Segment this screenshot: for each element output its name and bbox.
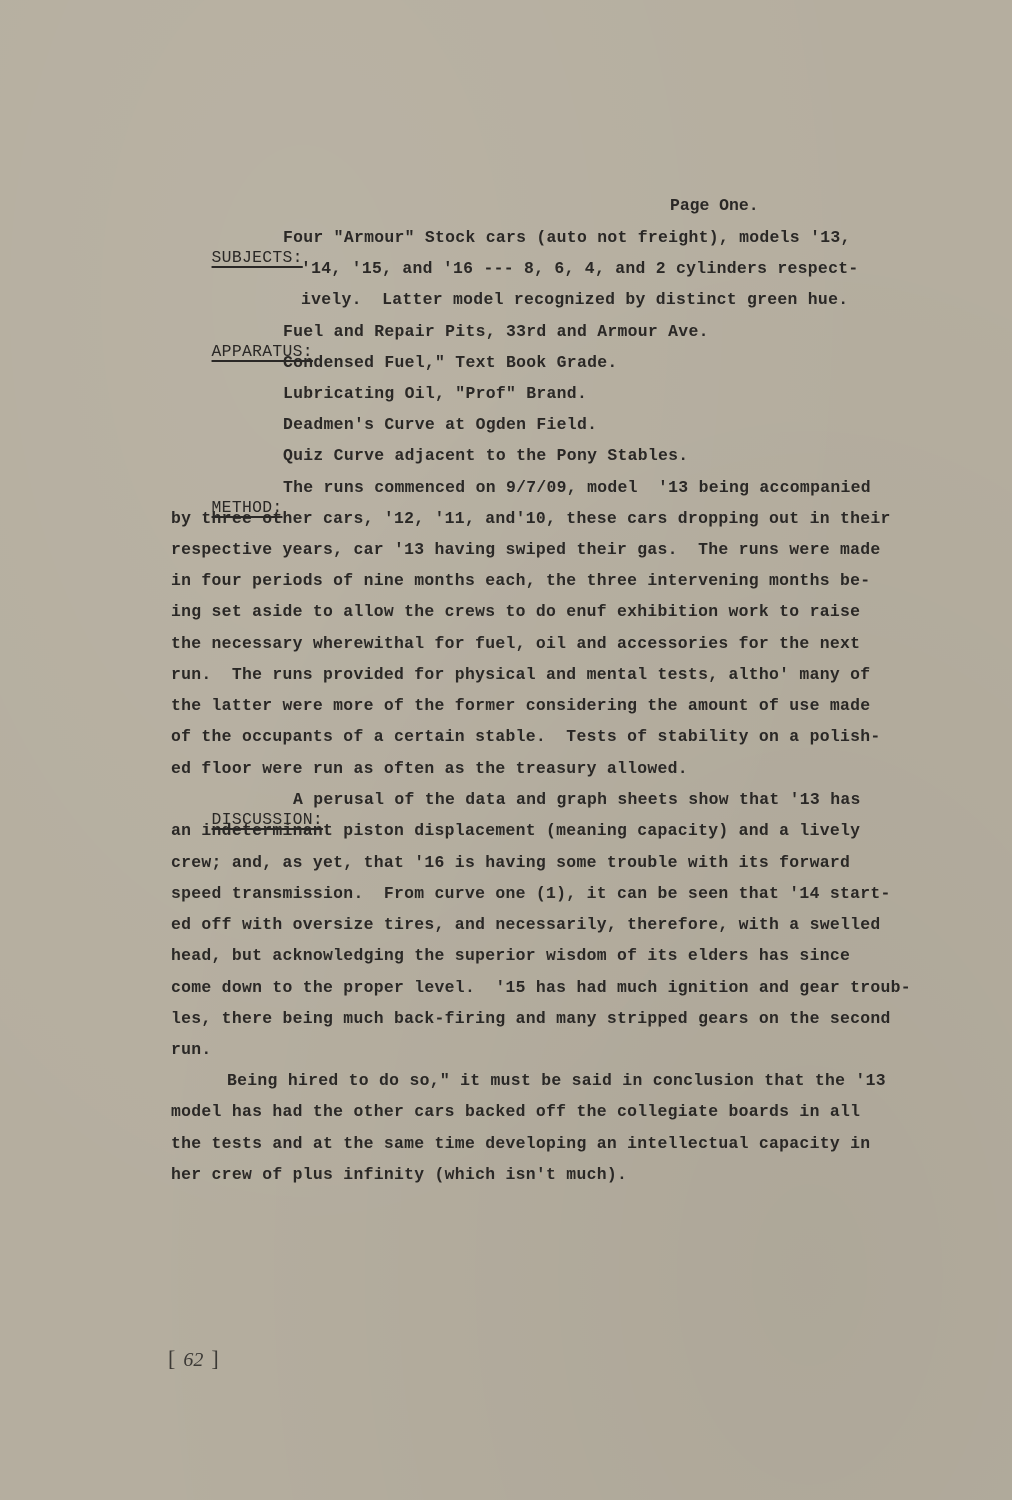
method-line: ing set aside to allow the crews to do e…	[171, 602, 860, 622]
conclusion-line: the tests and at the same time developin…	[171, 1134, 870, 1154]
apparatus-item: Quiz Curve adjacent to the Pony Stables.	[283, 446, 688, 466]
discussion-line: head, but acknowledging the superior wis…	[171, 946, 850, 966]
method-line: run. The runs provided for physical and …	[171, 665, 870, 685]
subjects-line: '14, '15, and '16 --- 8, 6, 4, and 2 cyl…	[301, 259, 858, 279]
apparatus-item: Lubricating Oil, "Prof" Brand.	[283, 384, 587, 404]
method-line: in four periods of nine months each, the…	[171, 571, 870, 591]
subjects-line: ively. Latter model recognized by distin…	[301, 290, 848, 310]
subjects-line: Four "Armour" Stock cars (auto not freig…	[283, 228, 851, 248]
method-line: by three other cars, '12, '11, and'10, t…	[171, 509, 891, 529]
apparatus-item: Condensed Fuel," Text Book Grade.	[283, 353, 618, 373]
discussion-line: ed off with oversize tires, and necessar…	[171, 915, 881, 935]
method-line: The runs commenced on 9/7/09, model '13 …	[283, 478, 871, 498]
discussion-line: les, there being much back-firing and ma…	[171, 1009, 891, 1029]
apparatus-item: Fuel and Repair Pits, 33rd and Armour Av…	[283, 322, 709, 342]
discussion-line: come down to the proper level. '15 has h…	[171, 978, 911, 998]
folio-number: 62	[175, 1349, 211, 1371]
folio-bracket-close: ]	[211, 1346, 218, 1371]
conclusion-line: Being hired to do so," it must be said i…	[227, 1071, 886, 1091]
method-line: the latter were more of the former consi…	[171, 696, 870, 716]
discussion-line: speed transmission. From curve one (1), …	[171, 884, 891, 904]
discussion-line: run.	[171, 1040, 212, 1060]
method-line: the necessary wherewithal for fuel, oil …	[171, 634, 860, 654]
discussion-line: an indeterminant piston displacement (me…	[171, 821, 860, 841]
conclusion-line: model has had the other cars backed off …	[171, 1102, 860, 1122]
discussion-line: crew; and, as yet, that '16 is having so…	[171, 853, 850, 873]
method-row: METHOD:	[171, 478, 283, 538]
discussion-line: A perusal of the data and graph sheets s…	[293, 790, 861, 810]
apparatus-item: Deadmen's Curve at Ogden Field.	[283, 415, 597, 435]
method-line: of the occupants of a certain stable. Te…	[171, 727, 881, 747]
method-line: ed floor were run as often as the treasu…	[171, 759, 688, 779]
document-page: Page One. SUBJECTS: Four "Armour" Stock …	[0, 0, 1012, 1500]
conclusion-line: her crew of plus infinity (which isn't m…	[171, 1165, 627, 1185]
page-header: Page One.	[670, 196, 759, 215]
method-line: respective years, car '13 having swiped …	[171, 540, 881, 560]
page-number: [62]	[146, 1320, 219, 1398]
subjects-label: SUBJECTS:	[212, 248, 303, 267]
